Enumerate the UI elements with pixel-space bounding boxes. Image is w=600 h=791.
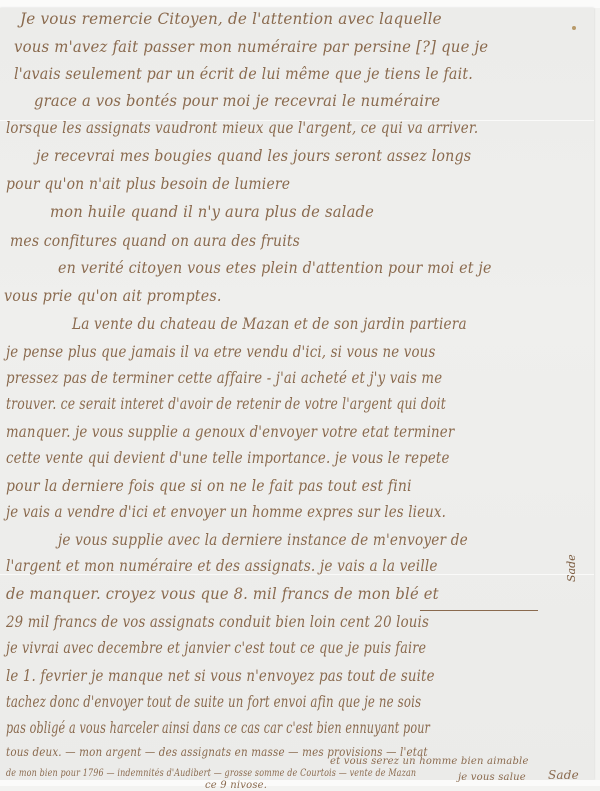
signature: Sade	[548, 768, 579, 782]
letter-line: La vente du chateau de Mazan et de son j…	[72, 315, 467, 333]
letter-line: je vivrai avec decembre et janvier c'est…	[6, 639, 426, 657]
letter-line: de mon bien pour 1796 — indemnités d'Aud…	[6, 768, 416, 779]
letter-line: pas obligé a vous harceler ainsi dans ce…	[6, 719, 430, 737]
letter-line: l'avais seulement par un écrit de lui mê…	[14, 65, 473, 83]
page-edge-top	[0, 0, 600, 8]
letter-line: vous prie qu'on ait promptes.	[4, 287, 222, 305]
letter-line: je recevrai mes bougies quand les jours …	[36, 147, 471, 165]
letter-line: lorsque les assignats vaudront mieux que…	[6, 119, 478, 137]
letter-line: manquer. je vous supplie a genoux d'envo…	[6, 423, 454, 441]
letter-line: mes confitures quand on aura des fruits	[10, 232, 300, 250]
margin-annotation: Sade	[565, 554, 578, 582]
letter-line: je vous supplie avec la derniere instanc…	[58, 531, 468, 549]
letter-line: 29 mil francs de vos assignats conduit b…	[6, 613, 429, 631]
letter-line: je vais a vendre d'ici et envoyer un hom…	[6, 503, 446, 521]
closing-salutation: je vous salue	[458, 772, 526, 783]
date-note: ce 9 nivose.	[205, 780, 267, 786]
letter-line: le 1. fevrier je manque net si vous n'en…	[6, 667, 435, 685]
letter-line: pour la derniere fois que si on ne le fa…	[6, 477, 412, 495]
letter-line: mon huile quand il n'y aura plus de sala…	[50, 203, 374, 221]
letter-line: Je vous remercie Citoyen, de l'attention…	[20, 10, 442, 28]
letter-line: pour qu'on n'ait plus besoin de lumiere	[6, 175, 290, 193]
letter-line: je pense plus que jamais il va etre vend…	[6, 343, 435, 361]
letter-line: trouver. ce serait interet d'avoir de re…	[6, 395, 446, 413]
letter-line: cette vente qui devient d'une telle impo…	[6, 449, 450, 467]
letter-line: en verité citoyen vous etes plein d'atte…	[58, 259, 492, 277]
letter-line: pressez pas de terminer cette affaire - …	[6, 369, 442, 387]
letter-line: de manquer. croyez vous que 8. mil franc…	[6, 585, 439, 603]
letter-line: tachez donc d'envoyer tout de suite un f…	[6, 693, 421, 711]
letter-line: grace a vos bontés pour moi je recevrai …	[34, 92, 440, 110]
letter-line: l'argent et mon numéraire et des assigna…	[6, 557, 438, 575]
letter-line: vous m'avez fait passer mon numéraire pa…	[14, 38, 488, 56]
ink-spot	[572, 26, 576, 30]
closing-line: et vous serez un homme bien aimable	[330, 756, 529, 767]
underline-mark	[420, 610, 538, 611]
